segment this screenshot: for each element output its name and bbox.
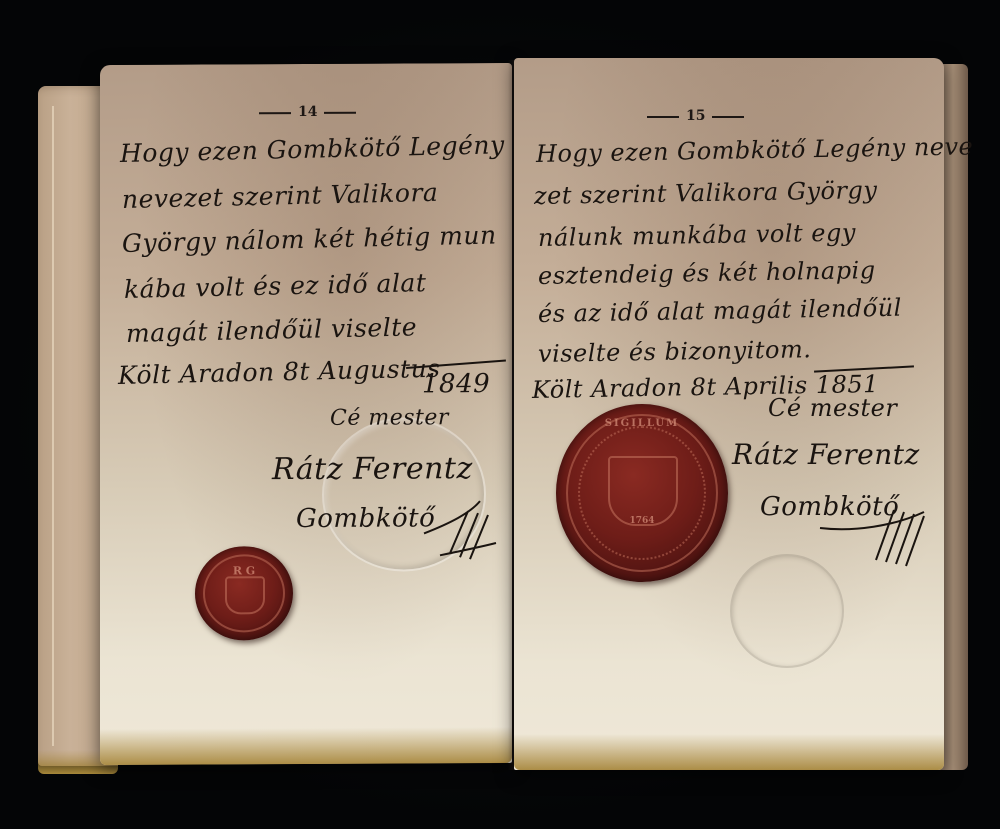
left-line-3: György nálom két hétig mun: [122, 220, 497, 257]
left-sign-trade: Gombkötő: [296, 503, 435, 534]
right-line-6: viselte és bizonyitom.: [538, 335, 812, 368]
left-line-5: magát ilendőül viselte: [126, 312, 418, 348]
embossed-seal-right: [730, 554, 844, 668]
left-sign-name: Rátz Ferentz: [272, 451, 473, 487]
right-line-5: és az idő alat magát ilendőül: [538, 294, 902, 328]
right-signature-flourish: [814, 488, 934, 568]
left-signature-flourish: [420, 493, 500, 563]
right-line-3: nálunk munkába volt egy: [538, 218, 856, 252]
left-line-4: kába volt és ez idő alat: [124, 268, 427, 304]
page-number-left: 14: [298, 104, 317, 120]
wax-seal-left: R G: [195, 546, 293, 641]
right-line-2: zet szerint Valikora György: [534, 176, 878, 210]
left-line-6: Költ Aradon 8t Augustus: [118, 354, 441, 390]
left-sign-title: Cé mester: [330, 405, 449, 431]
page-number-right: 15: [686, 108, 705, 124]
right-line-1: Hogy ezen Gombkötő Legény neve: [536, 132, 974, 168]
right-sign-title: Cé mester: [768, 394, 897, 422]
right-line-4: esztendeig és két holnapig: [538, 256, 876, 290]
right-sign-name: Rátz Ferentz: [732, 438, 920, 471]
left-line-2: nevezet szerint Valikora: [122, 178, 439, 214]
wax-seal-right: SIGILLUM 1764: [556, 404, 728, 582]
right-page: 15 Hogy ezen Gombkötő Legény neve zet sz…: [514, 58, 944, 770]
left-page: 14 Hogy ezen Gombkötő Legény nevezet sze…: [100, 63, 512, 765]
left-year: 1849: [422, 369, 490, 399]
left-line-1: Hogy ezen Gombkötő Legény: [120, 130, 505, 168]
